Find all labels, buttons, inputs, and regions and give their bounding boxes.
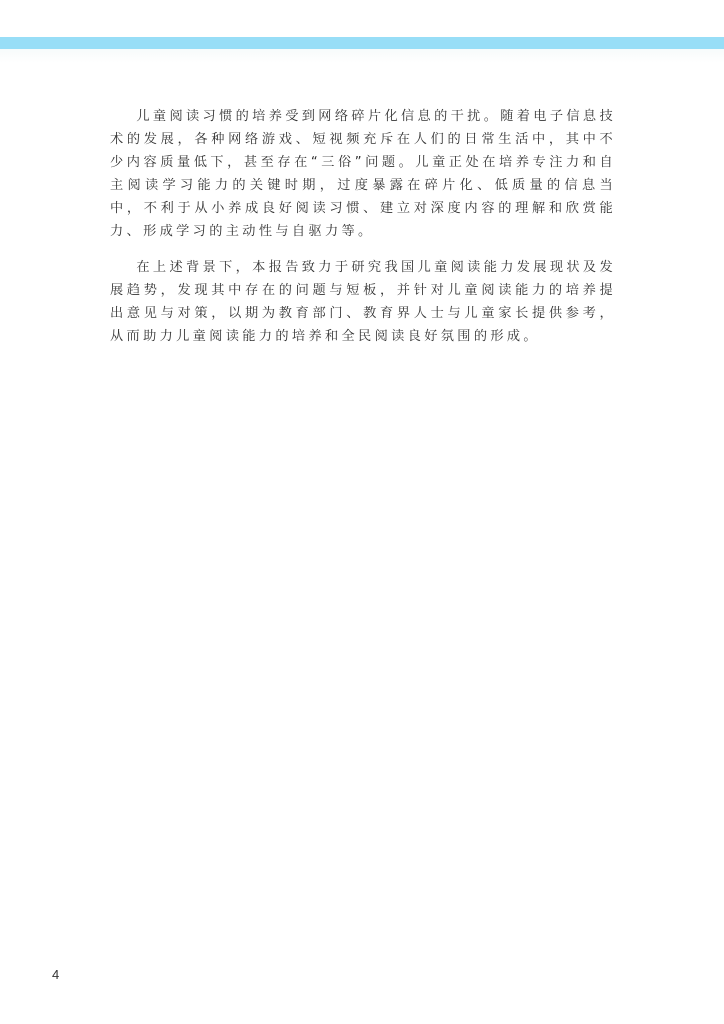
header-band-shadow	[0, 49, 724, 63]
page-number: 4	[52, 967, 59, 982]
document-body: 儿童阅读习惯的培养受到网络碎片化信息的干扰。随着电子信息技术的发展，各种网络游戏…	[110, 106, 616, 349]
paragraph-1: 儿童阅读习惯的培养受到网络碎片化信息的干扰。随着电子信息技术的发展，各种网络游戏…	[110, 106, 616, 243]
header-color-band	[0, 37, 724, 49]
paragraph-2: 在上述背景下，本报告致力于研究我国儿童阅读能力发展现状及发展趋势，发现其中存在的…	[110, 257, 616, 349]
